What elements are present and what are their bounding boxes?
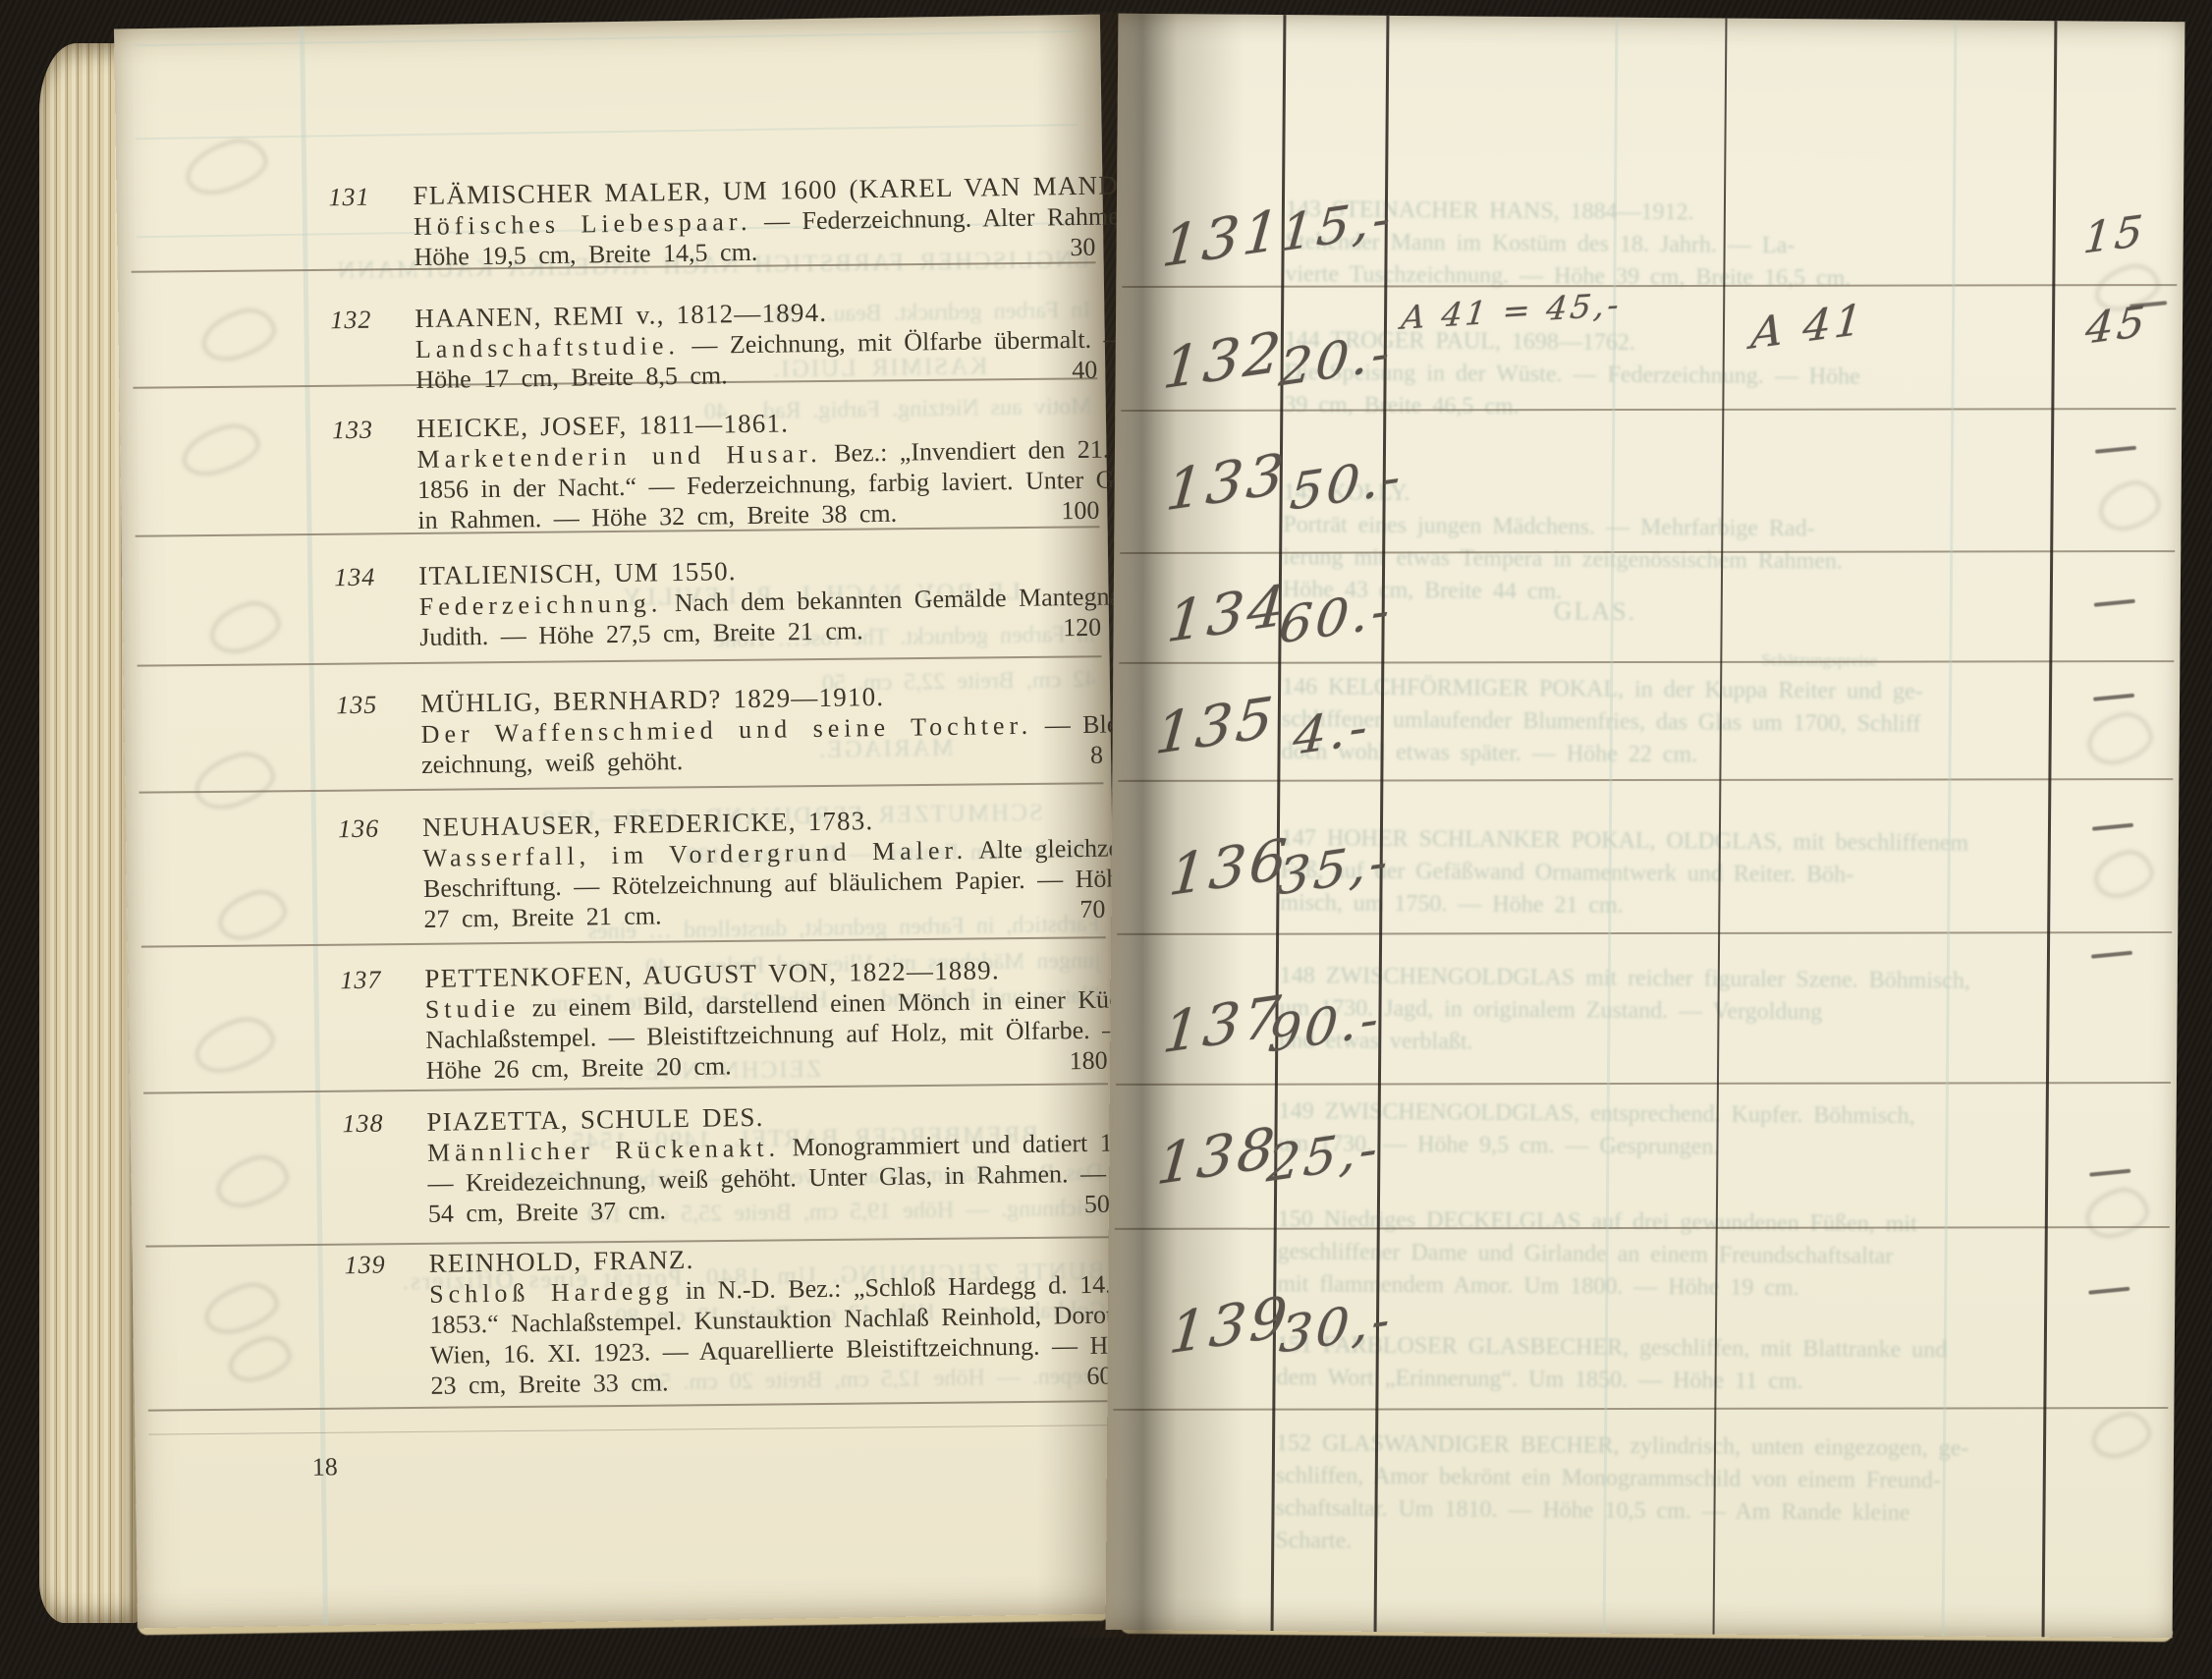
showthrough-text: 149 ZWISCHENGOLDGLAS, entsprechend. Kupf… xyxy=(1278,1095,2034,1166)
entry-title-spaced: Studie xyxy=(425,994,521,1024)
rule-line xyxy=(148,1425,1113,1434)
left-page: ENGLISCHER FARBSTICH NACH ANGELIKA KAUFM… xyxy=(114,15,1124,1629)
entry-text: 27 cm, Breite 21 cm. xyxy=(423,901,661,933)
handwritten-lot-number: 136 xyxy=(1166,825,1292,909)
pencil-smudge xyxy=(176,417,264,482)
catalog-entry: 132 HAANEN, REMI v., 1812—1894. Landscha… xyxy=(415,294,1097,395)
handwritten-lot-number: 133 xyxy=(1164,440,1290,524)
lot-number: 139 xyxy=(344,1250,416,1280)
entry-title-spaced: Höfisches Liebespaar. xyxy=(414,207,752,241)
pencil-smudge xyxy=(2088,845,2157,904)
pencil-smudge xyxy=(195,302,281,368)
rule-line xyxy=(139,782,1104,793)
ledger-line xyxy=(134,30,1077,46)
lot-number: 134 xyxy=(334,562,407,592)
entry-text: zeichnung, weiß gehöht. xyxy=(421,747,684,779)
showthrough-text: 146 KELCHFÖRMIGER POKAL, in der Kuppa Re… xyxy=(1281,671,2038,774)
pencil-smudge xyxy=(180,132,273,203)
entry-text: Höhe 17 cm, Breite 8,5 cm. xyxy=(415,361,728,394)
estimate-price: 8 xyxy=(1090,740,1103,770)
pencil-smudge xyxy=(2079,1182,2153,1244)
rule-line xyxy=(148,1400,1113,1411)
showthrough-text: 152 GLASWANDIGER BECHER, zylindrisch, un… xyxy=(1275,1427,2032,1563)
rule-line xyxy=(138,655,1102,666)
page-number: 18 xyxy=(312,1452,338,1482)
pencil-smudge xyxy=(188,745,280,817)
entry-text: Höhe 26 cm, Breite 20 cm. xyxy=(426,1051,732,1085)
estimate-price: 70 xyxy=(1079,894,1105,924)
handwritten-lot-number: 135 xyxy=(1153,684,1279,767)
entry-text: in Rahmen. — Höhe 32 cm, Breite 38 cm. xyxy=(417,499,897,534)
showthrough-heading: GLAS. xyxy=(1554,594,1809,629)
pencil-smudge xyxy=(2093,476,2165,537)
entry-title-spaced: Männlicher Rückenakt. xyxy=(427,1134,780,1167)
entry-title-spaced: Landschaftstudie. xyxy=(415,331,681,364)
catalog-entry: 139 REINHOLD, FRANZ. Schloß Hardegg in N… xyxy=(428,1239,1112,1401)
handwritten-lot-number: 132 xyxy=(1161,318,1287,402)
lot-number: 131 xyxy=(328,182,401,212)
entry-text: Monogrammiert und datiert 1779. xyxy=(780,1128,1158,1162)
entry-text: — Federzeichnung. Alter Rahmen. xyxy=(751,201,1138,236)
entry-title-spaced: Federzeichnung. xyxy=(419,588,663,621)
pencil-smudge xyxy=(2081,706,2157,771)
entry-text: 54 cm, Breite 37 cm. xyxy=(428,1196,666,1228)
ledger-line xyxy=(136,124,1078,140)
pencil-smudge xyxy=(210,1148,294,1214)
showthrough-text: 147 HOHER SCHLANKER POKAL, OLDGLAS, mit … xyxy=(1280,822,2037,925)
showthrough-text: 144 TROGER PAUL, 1698—1762. Die Speisung… xyxy=(1284,324,2041,427)
catalog-entry: 131 FLÄMISCHER MALER, UM 1600 (KAREL VAN… xyxy=(413,171,1095,272)
catalog-entry: 137 PETTENKOFEN, AUGUST VON, 1822—1889. … xyxy=(424,954,1108,1086)
pencil-smudge xyxy=(204,594,286,660)
ledger-column-line xyxy=(300,27,328,1626)
pencil-smudge xyxy=(198,1276,283,1341)
lot-number: 136 xyxy=(338,813,411,844)
entry-title-spaced: Marketenderin und Husar. xyxy=(416,439,822,474)
lot-number: 132 xyxy=(330,305,403,335)
pencil-dash xyxy=(2094,599,2135,607)
pencil-smudge xyxy=(223,1330,295,1388)
catalog-entry: 136 NEUHAUSER, FREDERICKE, 1783. Wasserf… xyxy=(422,803,1106,934)
lot-number: 135 xyxy=(336,690,409,720)
catalog-entry: 134 ITALIENISCH, UM 1550. Federzeichnung… xyxy=(418,551,1101,652)
estimate-price: 180 xyxy=(1069,1045,1107,1077)
right-page: 143 STEINACHER HANS, 1884—1912. Stehende… xyxy=(1106,14,2185,1638)
entry-text: Judith. — Höhe 27,5 cm, Breite 21 cm. xyxy=(419,616,863,651)
pencil-smudge xyxy=(189,1010,280,1081)
handwritten-lot-number: 134 xyxy=(1164,572,1290,655)
ledger-column-line xyxy=(2042,21,2058,1637)
pencil-dash xyxy=(2092,823,2133,831)
handwritten-lot-number: 138 xyxy=(1154,1114,1280,1198)
catalog-entry: 133 HEICKE, JOSEF, 1811—1861. Marketende… xyxy=(416,404,1100,535)
pencil-dash xyxy=(2095,446,2136,454)
pencil-smudge xyxy=(2086,1407,2155,1464)
book-photo: ENGLISCHER FARBSTICH NACH ANGELIKA KAUFM… xyxy=(0,0,2212,1679)
estimate-price: 40 xyxy=(1072,355,1097,385)
lot-number: 133 xyxy=(332,415,405,445)
entry-title-spaced: Schloß Hardegg xyxy=(429,1276,674,1309)
pencil-smudge xyxy=(212,883,291,946)
showthrough-text: 143 STEINACHER HANS, 1884—1912. Stehende… xyxy=(1285,194,2042,297)
handwritten-price: 4.- xyxy=(1291,698,1372,767)
handwritten-lot-number: 131 xyxy=(1159,196,1285,280)
estimate-price: 30 xyxy=(1070,232,1095,262)
handwritten-margin-value: 15 xyxy=(2081,206,2147,264)
pencil-dash xyxy=(2093,694,2134,701)
showthrough-text: 148 ZWISCHENGOLDGLAS mit reicher figural… xyxy=(1279,960,2036,1063)
lot-number: 138 xyxy=(342,1108,415,1139)
catalog-entry: 135 MÜHLIG, BERNHARD? 1829—1910. Der Waf… xyxy=(420,679,1103,780)
lot-number: 137 xyxy=(340,965,413,995)
estimate-price: 50 xyxy=(1084,1189,1110,1219)
estimate-price: 100 xyxy=(1061,495,1099,527)
pencil-dash xyxy=(2088,1287,2129,1295)
entry-text: Höhe 19,5 cm, Breite 14,5 cm. xyxy=(414,238,757,271)
pencil-dash xyxy=(2091,951,2132,959)
entry-text: 23 cm, Breite 33 cm. xyxy=(430,1368,668,1400)
estimate-price: 120 xyxy=(1063,612,1101,644)
pencil-dash xyxy=(2089,1169,2130,1177)
catalog-entry: 138 PIAZETTA, SCHULE DES. Männlicher Rüc… xyxy=(426,1097,1110,1229)
